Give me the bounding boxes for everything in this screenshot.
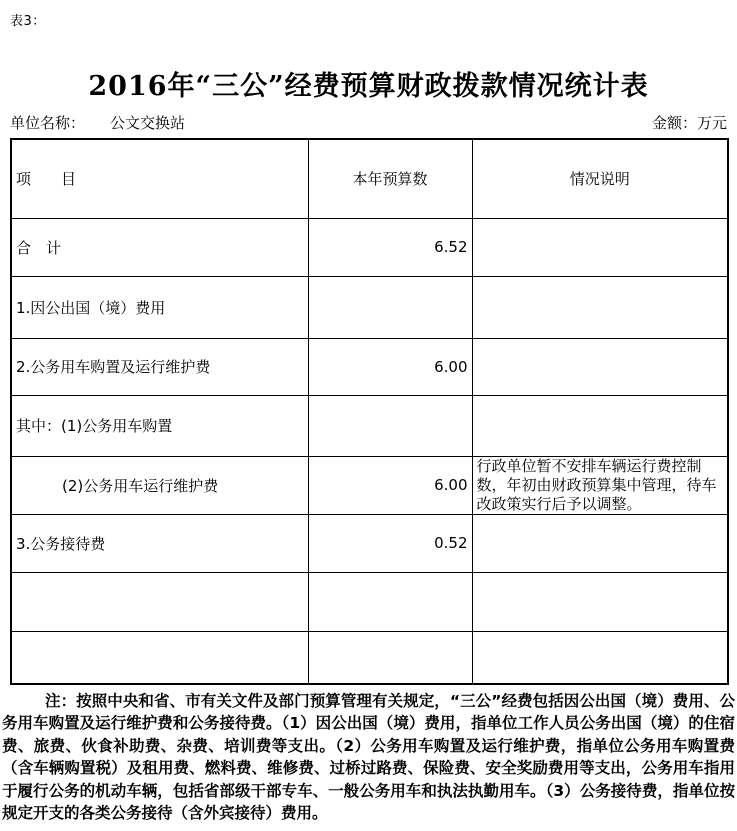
header-budget: 本年预算数 [308, 139, 472, 218]
item-cell: 合 计 [11, 218, 308, 276]
unit-name-value: 公文交换站 [110, 114, 185, 132]
note-cell [472, 631, 728, 684]
note-cell [472, 572, 728, 631]
budget-cell: 0.52 [308, 514, 472, 572]
note-cell: 行政单位暂不安排车辆运行费控制数，年初由财政预算集中管理，待车改政策实行后予以调… [472, 456, 728, 514]
table-row-vehicle-purchase: 其中：(1)公务用车购置 [11, 395, 728, 456]
table-header: 项 目 本年预算数 情况说明 [11, 139, 728, 218]
unit-name: 单位名称：公文交换站 [10, 112, 185, 133]
budget-cell: 6.00 [308, 338, 472, 395]
header-row: 项 目 本年预算数 情况说明 [11, 139, 728, 218]
table-number-label: 表3： [10, 10, 46, 29]
unit-name-label: 单位名称： [10, 114, 85, 132]
item-cell: 2.公务用车购置及运行维护费 [11, 338, 308, 395]
budget-cell: 6.52 [308, 218, 472, 276]
table-row-empty [11, 631, 728, 684]
item-cell [11, 572, 308, 631]
amount-unit-label: 金额：万元 [652, 112, 727, 133]
page-title: 2016年“三公”经费预算财政拨款情况统计表 [0, 64, 737, 103]
table-row-reception: 3.公务接待费 0.52 [11, 514, 728, 572]
item-cell: (2)公务用车运行维护费 [11, 456, 308, 514]
note-cell [472, 276, 728, 338]
note-cell [472, 218, 728, 276]
header-item: 项 目 [11, 139, 308, 218]
budget-table: 项 目 本年预算数 情况说明 合 计 6.52 1.因公出国（境）费用 2.公务… [10, 138, 729, 685]
budget-cell [308, 572, 472, 631]
item-cell [11, 631, 308, 684]
table-row-vehicle-total: 2.公务用车购置及运行维护费 6.00 [11, 338, 728, 395]
table-row-empty [11, 572, 728, 631]
item-cell: 1.因公出国（境）费用 [11, 276, 308, 338]
item-cell: 其中：(1)公务用车购置 [11, 395, 308, 456]
budget-cell: 6.00 [308, 456, 472, 514]
document-page: 表3： 2016年“三公”经费预算财政拨款情况统计表 单位名称：公文交换站 金额… [0, 0, 737, 831]
table-row-total: 合 计 6.52 [11, 218, 728, 276]
note-cell [472, 338, 728, 395]
table-row-vehicle-operation: (2)公务用车运行维护费 6.00 行政单位暂不安排车辆运行费控制数，年初由财政… [11, 456, 728, 514]
meta-row: 单位名称：公文交换站 金额：万元 [10, 112, 727, 133]
budget-cell [308, 631, 472, 684]
footnote: 注：按照中央和省、市有关文件及部门预算管理有关规定，“三公”经费包括因公出国（境… [2, 690, 735, 824]
budget-cell [308, 395, 472, 456]
item-cell: 3.公务接待费 [11, 514, 308, 572]
header-note: 情况说明 [472, 139, 728, 218]
note-cell [472, 514, 728, 572]
note-cell [472, 395, 728, 456]
table-row-abroad: 1.因公出国（境）费用 [11, 276, 728, 338]
budget-cell [308, 276, 472, 338]
